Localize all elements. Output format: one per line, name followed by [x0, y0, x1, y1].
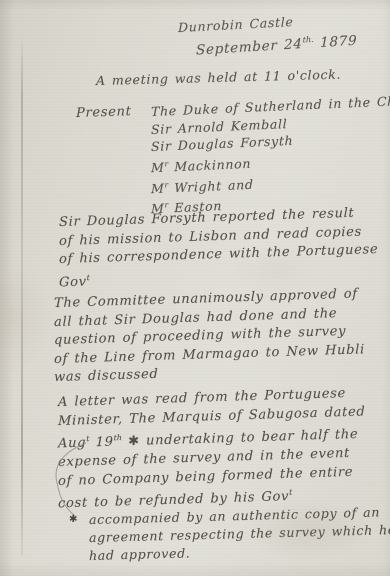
manuscript-page: Dunrobin Castle September 24th. 1879 A m…	[0, 0, 390, 576]
present-label: Present	[76, 104, 132, 121]
attendee-list: The Duke of Sutherland in the Chair Sir …	[151, 91, 390, 218]
paragraph-committee-approval: The Committee unanimously approved of al…	[54, 285, 365, 388]
footnote-marker: ✱	[69, 514, 78, 525]
paragraph-forsyth-report: Sir Douglas Forsyth reported the result …	[59, 204, 378, 293]
heading-place: Dunrobin Castle	[178, 14, 294, 35]
pencil-brace-mark	[48, 438, 94, 522]
paragraph-portuguese-letter: A letter was read from the Portuguese Mi…	[58, 384, 365, 514]
heading-date: September 24th. 1879	[196, 31, 357, 58]
page-fold-line	[21, 34, 23, 556]
opening-line: A meeting was held at 11 o'clock.	[96, 67, 341, 88]
footnote: accompanied by an authentic copy of an a…	[89, 503, 390, 566]
